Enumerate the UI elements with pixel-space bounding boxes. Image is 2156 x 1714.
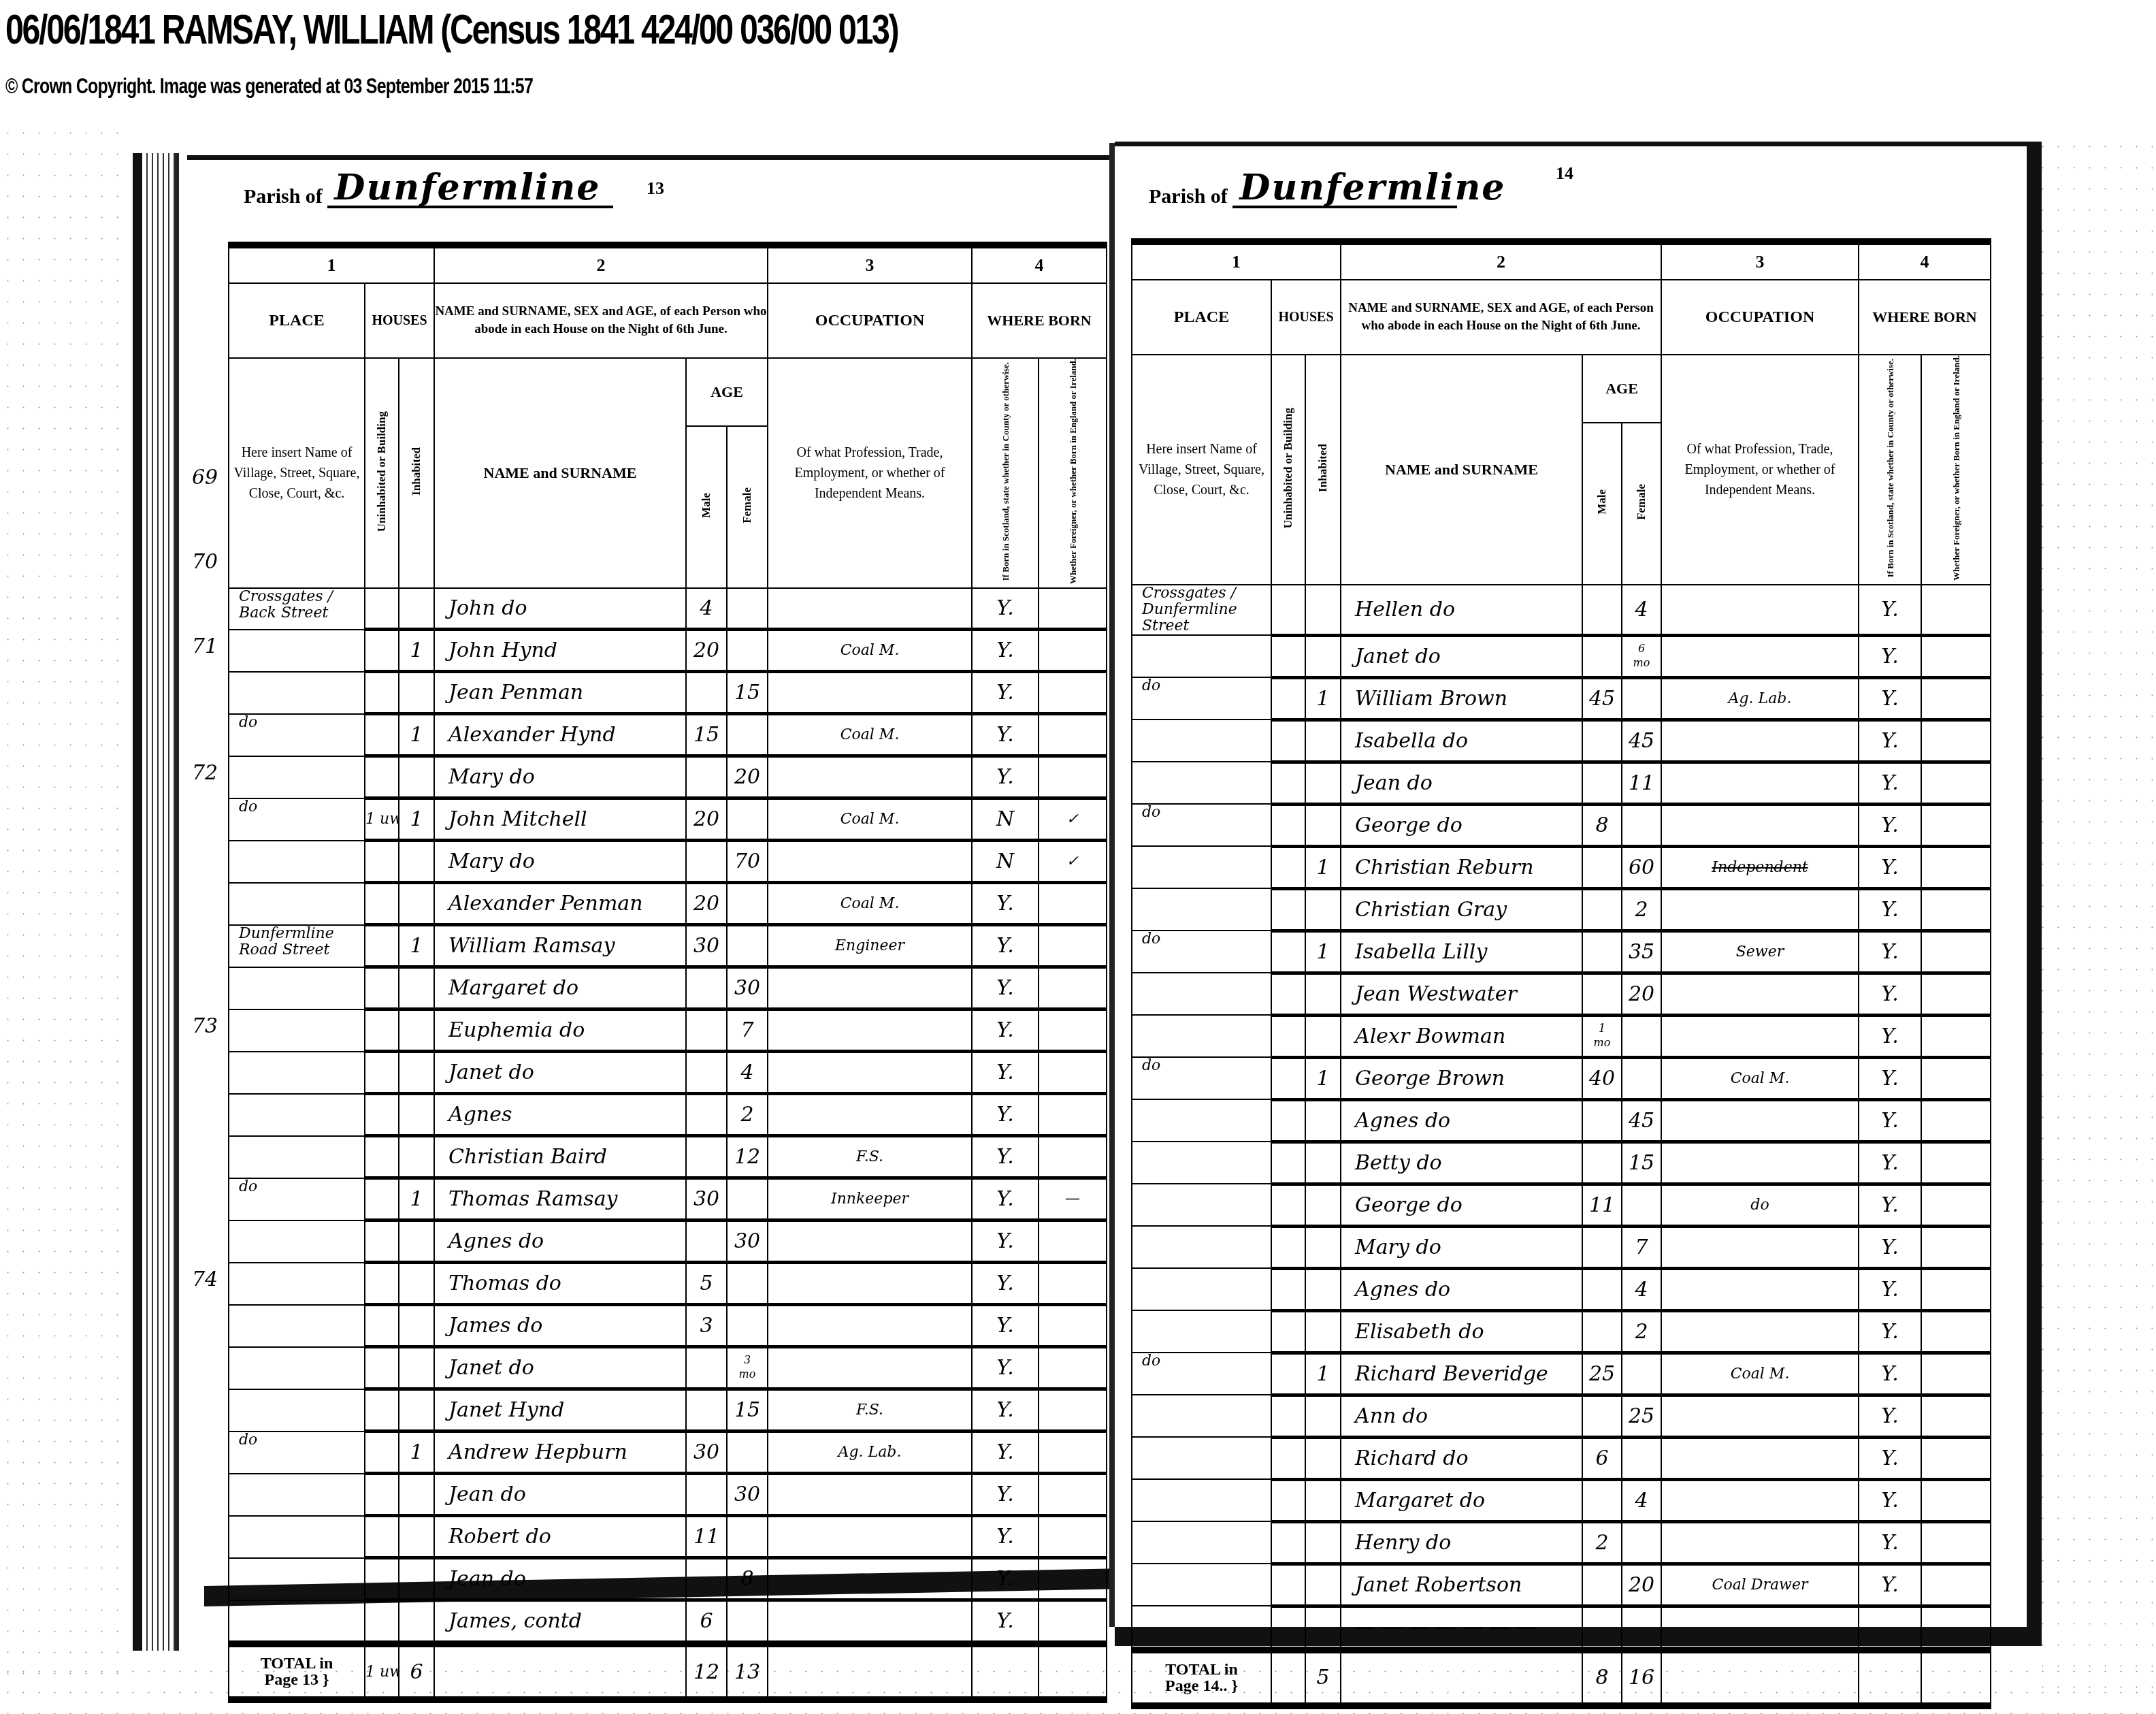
born-scotland-cell: Y. [972, 1009, 1039, 1052]
born-in-county-value: Y. [1881, 1362, 1898, 1386]
born-foreign-cell [1921, 1268, 1991, 1310]
uninhabited-cell [1271, 762, 1305, 804]
born-foreign-cell [1921, 1184, 1991, 1226]
inhabited-value: 1 [410, 723, 423, 747]
age-value: 11 [693, 1525, 719, 1549]
census-row: Jean Westwater 20 Y. [1132, 973, 1991, 1015]
born-scotland-cell: N [972, 841, 1039, 883]
born-in-county-value: Y. [1881, 1489, 1898, 1513]
person-name: Jean do [448, 1483, 526, 1506]
age-value: 4 [1635, 1278, 1648, 1301]
inhabited-label: Inhabited [410, 447, 423, 496]
born-in-county-value: Y. [1881, 940, 1898, 964]
person-name: George do [1355, 813, 1463, 837]
age-value: 45 [1629, 1109, 1654, 1133]
born-scotland-cell [1859, 1606, 1921, 1650]
occupation-cell [768, 672, 972, 714]
occupation-value: do [1750, 1197, 1769, 1214]
age-value: 35 [1629, 940, 1654, 964]
census-row: 1 John Hynd 20 Coal M. Y. [229, 630, 1107, 672]
occupation-cell: Coal M. [768, 714, 972, 756]
total-name-blank [1341, 1650, 1582, 1706]
occupation-heading: OCCUPATION [768, 283, 972, 358]
name-cell: Hellen do [1341, 585, 1582, 635]
schedule-number: 69 [192, 466, 218, 489]
person-name: Christian Gray [1355, 898, 1507, 922]
born-foreign-cell: — [1039, 1178, 1107, 1220]
age-value: 4 [740, 1061, 753, 1084]
name-cell: Jean do [1341, 762, 1582, 804]
born-in-county-value: Y. [1881, 1446, 1898, 1470]
column-number-1: 1 [229, 245, 434, 283]
born-in-county-value: Y. [996, 1229, 1013, 1253]
born-in-county-value: Y. [1881, 813, 1898, 837]
census-row: Jean do 8 Y. [229, 1558, 1107, 1600]
name-cell: Margaret do [434, 967, 686, 1009]
place-cell [1132, 1015, 1271, 1057]
born-scotland-cell: Y. [972, 1558, 1039, 1600]
inhabited-cell [1305, 888, 1341, 931]
inhabited-cell [1305, 585, 1341, 635]
inhabited-value: 1 [410, 807, 423, 831]
born-scotland-cell: Y. [1859, 1268, 1921, 1310]
occupation-cell [1661, 888, 1859, 931]
female-age-cell: 30 [727, 967, 768, 1009]
person-name: John Mitchell [448, 807, 587, 831]
inhabited-value: 1 [410, 1440, 423, 1464]
born-foreign-cell [1921, 635, 1991, 677]
column-number-3: 3 [768, 245, 972, 283]
place-cell [229, 841, 365, 883]
inhabited-cell: 1 [399, 798, 434, 841]
born-scotland-cell: Y. [972, 1136, 1039, 1178]
born-foreign-label: Whether Foreigner, or whether Born in En… [1068, 359, 1078, 584]
female-age-cell: 60 [1622, 846, 1661, 888]
inhabited-value: 1 [1316, 687, 1329, 711]
born-in-county-value: Y. [1881, 1404, 1898, 1428]
born-scotland-cell: Y. [1859, 804, 1921, 846]
female-age-cell: 25 [1622, 1395, 1661, 1437]
schedule-number: 73 [192, 1014, 218, 1038]
born-scotland-cell: Y. [972, 588, 1039, 630]
place-value: do [1142, 931, 1271, 948]
born-in-county-value: Y. [996, 1187, 1013, 1211]
female-age-cell: 15 [1622, 1142, 1661, 1184]
person-name: Andrew Hepburn [448, 1440, 627, 1464]
person-name: Jean do [1355, 771, 1433, 795]
inhabited-cell [1305, 1521, 1341, 1564]
person-name: Robert do [448, 1525, 551, 1549]
uninhabited-cell [365, 1516, 399, 1558]
age-value: 8 [740, 1567, 753, 1591]
schedule-number: 72 [192, 761, 218, 785]
uninhabited-cell [365, 1600, 399, 1645]
born-scotland-cell: Y. [1859, 585, 1921, 635]
name-cell: Mary do [434, 756, 686, 798]
female-age-cell [727, 1600, 768, 1645]
total-female-value: 16 [1629, 1666, 1654, 1689]
uninhabited-cell [1271, 1226, 1305, 1268]
name-cell: John do [434, 588, 686, 630]
age-value: 30 [734, 1229, 760, 1253]
place-value: Dunfermline Road Street [239, 926, 364, 958]
occupation-cell [1661, 719, 1859, 762]
occupation-value: Coal M. [840, 726, 900, 743]
age-months-display: 1mo [1594, 1022, 1611, 1049]
born-in-county-value: Y. [996, 1525, 1013, 1549]
age-value: 45 [1589, 687, 1615, 711]
inhabited-cell [399, 672, 434, 714]
name-cell: John Hynd [434, 630, 686, 672]
uninhabited-cell [365, 672, 399, 714]
age-value: 11 [1629, 771, 1654, 795]
uninhabited-cell [365, 1432, 399, 1474]
born-scotland-cell: Y. [1859, 1184, 1921, 1226]
census-row: Agnes 2 Y. [229, 1094, 1107, 1136]
name-cell: Henry do [1341, 1521, 1582, 1564]
person-name: Henry do [1355, 1531, 1451, 1555]
occupation-instructions: Of what Profession, Trade, Employment, o… [1661, 355, 1859, 585]
occupation-cell: F.S. [768, 1389, 972, 1432]
name-cell: Agnes do [434, 1220, 686, 1263]
female-age-cell [1622, 1353, 1661, 1395]
born-foreign-cell [1039, 1432, 1107, 1474]
census-row: Mary do 70 N ✓ [229, 841, 1107, 883]
born-foreign-cell [1921, 973, 1991, 1015]
total-male-value: 12 [693, 1660, 719, 1684]
female-age-cell: 30 [727, 1220, 768, 1263]
place-heading: PLACE [1132, 280, 1271, 355]
uninhabited-cell [365, 967, 399, 1009]
occupation-cell [1661, 973, 1859, 1015]
uninhabited-cell [1271, 1437, 1305, 1479]
male-age-cell [1582, 1395, 1622, 1437]
inhabited-cell [1305, 1310, 1341, 1353]
left-parish-heading: Parish of Dunfermline [244, 178, 613, 208]
place-cell [229, 672, 365, 714]
born-scotland-cell: Y. [972, 714, 1039, 756]
total-page-label: Page 13 [265, 1671, 318, 1689]
inhabited-heading: Inhabited [399, 358, 434, 588]
occupation-cell: Coal M. [1661, 1057, 1859, 1099]
born-in-county-value: Y. [1881, 1320, 1898, 1344]
male-age-cell [686, 1009, 727, 1052]
male-age-cell: 6 [1582, 1437, 1622, 1479]
name-cell: Alexr Bowman [1341, 1015, 1582, 1057]
inhabited-cell [1305, 1479, 1341, 1521]
place-cell [229, 1474, 365, 1516]
place-cell [229, 630, 365, 672]
person-name: Euphemia do [448, 1018, 585, 1042]
inhabited-cell [399, 1600, 434, 1645]
uninhabited-cell [365, 1263, 399, 1305]
column-number-4: 4 [972, 245, 1107, 283]
inhabited-cell: 1 [1305, 1057, 1341, 1099]
name-cell: Margaret do [1341, 1479, 1582, 1521]
person-name: William Ramsay [448, 934, 615, 958]
born-scotland-cell: Y. [1859, 973, 1921, 1015]
person-name: Janet do [448, 1356, 534, 1380]
inhabited-cell [399, 1558, 434, 1600]
inhabited-value: 1 [1316, 856, 1329, 879]
male-age-cell [1582, 973, 1622, 1015]
male-age-cell [1582, 762, 1622, 804]
inhabited-cell [1305, 973, 1341, 1015]
female-age-cell [727, 798, 768, 841]
name-cell: Betty do [1341, 1142, 1582, 1184]
name-cell: Janet do [434, 1052, 686, 1094]
female-age-cell [1622, 1606, 1661, 1650]
person-name: Agnes do [1355, 1109, 1450, 1133]
census-row: Janet Hynd 15 F.S. Y. [229, 1389, 1107, 1432]
name-surname-heading: NAME and SURNAME [1341, 355, 1582, 585]
born-foreign-label: Whether Foreigner, or whether Born in En… [1951, 355, 1961, 581]
census-row: Robert do 11 Y. [229, 1516, 1107, 1558]
born-scotland-cell: Y. [1859, 1310, 1921, 1353]
inhabited-cell [399, 1305, 434, 1347]
born-in-county-value: Y. [1881, 598, 1898, 621]
total-inhabited-value: 5 [1316, 1666, 1329, 1689]
name-cell: Richard do [1341, 1437, 1582, 1479]
male-age-cell [1582, 1268, 1622, 1310]
inhabited-cell [1305, 1564, 1341, 1606]
born-scotland-cell: Y. [1859, 1057, 1921, 1099]
born-foreign-cell [1039, 714, 1107, 756]
occupation-cell [1661, 1479, 1859, 1521]
born-foreign-heading: Whether Foreigner, or whether Born in En… [1039, 358, 1107, 588]
occupation-cell [1661, 1310, 1859, 1353]
occupation-cell [768, 1052, 972, 1094]
census-row: Janet do 6 months6mo Y. [1132, 635, 1991, 677]
name-cell: Christian Baird [434, 1136, 686, 1178]
age-value: 25 [1589, 1362, 1615, 1386]
occupation-cell [768, 1263, 972, 1305]
inhabited-cell: 1 [399, 1432, 434, 1474]
total-name-blank [434, 1644, 686, 1700]
place-cell [1132, 1521, 1271, 1564]
place-cell [229, 1600, 365, 1645]
total-male: 12 [686, 1644, 727, 1700]
born-foreign-cell [1039, 1516, 1107, 1558]
born-foreign-cell [1921, 677, 1991, 719]
born-foreign-cell [1921, 1521, 1991, 1564]
occupation-cell [1661, 1015, 1859, 1057]
female-age-cell [727, 588, 768, 630]
born-foreign-cell [1921, 1395, 1991, 1437]
born-in-county-value: Y. [996, 1272, 1013, 1295]
born-in-county-value: Y. [1881, 1278, 1898, 1301]
female-age-cell: 8 [727, 1558, 768, 1600]
male-age-cell: 25 [1582, 1353, 1622, 1395]
occupation-cell: Coal M. [768, 883, 972, 925]
place-cell: Crossgates / Dunfermline Street [1132, 585, 1271, 635]
place-cell [229, 1516, 365, 1558]
born-foreign-value: ✓ [1066, 853, 1079, 870]
female-label: Female [1635, 484, 1648, 520]
uninhabited-cell [1271, 1184, 1305, 1226]
name-cell: Isabella do [1341, 719, 1582, 762]
census-row: Margaret do 4 Y. [1132, 1479, 1991, 1521]
person-name: Betty do [1355, 1151, 1442, 1175]
born-in-county-value: Y. [996, 1567, 1013, 1591]
place-cell [1132, 1099, 1271, 1142]
person-name: Alexander Hynd [448, 723, 616, 747]
age-heading: AGE [686, 358, 768, 426]
census-row: Alexr Bowman 1 month1mo Y. [1132, 1015, 1991, 1057]
place-value: do [239, 799, 364, 815]
census-row: Jean do 11 Y. [1132, 762, 1991, 804]
born-foreign-cell [1039, 1558, 1107, 1600]
inhabited-cell: 1 [399, 925, 434, 967]
uninhabited-cell [365, 1474, 399, 1516]
right-parish-heading: Parish of Dunfermline [1149, 178, 1457, 208]
total-male: 8 [1582, 1650, 1622, 1706]
uninhabited-cell [1271, 1142, 1305, 1184]
occupation-cell [1661, 762, 1859, 804]
born-scotland-cell: Y. [972, 1389, 1039, 1432]
place-cell: do [1132, 677, 1271, 719]
scan-noise [2035, 136, 2156, 1702]
occupation-cell: Sewer [1661, 931, 1859, 973]
place-value: do [1142, 805, 1271, 821]
place-cell [229, 1052, 365, 1094]
born-scotland-cell: Y. [1859, 1521, 1921, 1564]
person-name: Janet Hynd [448, 1398, 564, 1422]
name-cell: Mary do [1341, 1226, 1582, 1268]
name-sex-age-heading: NAME and SURNAME, SEX and AGE, of each P… [1341, 280, 1661, 355]
age-value: 15 [1629, 1151, 1654, 1175]
book-page-edges [133, 153, 179, 1651]
uninhabited-cell [365, 1347, 399, 1389]
born-scotland-cell: Y. [972, 672, 1039, 714]
total-inhabited: 6 [399, 1644, 434, 1700]
occupation-cell: Innkeeper [768, 1178, 972, 1220]
uninhabited-cell [1271, 1057, 1305, 1099]
page-number: 13 [647, 178, 664, 199]
born-in-county-value: Y. [1881, 645, 1898, 668]
male-age-cell [1582, 585, 1622, 635]
born-foreign-cell [1921, 1606, 1991, 1650]
census-row: 1 Christian Reburn 60 Independent Y. [1132, 846, 1991, 888]
person-name: Margaret do [448, 976, 578, 1000]
uninhabited-cell [1271, 931, 1305, 973]
female-age-cell [1622, 1184, 1661, 1226]
born-foreign-cell [1921, 888, 1991, 931]
person-name: George Brown [1355, 1067, 1505, 1090]
age-value: 20 [693, 892, 719, 916]
inhabited-cell: 1 [1305, 677, 1341, 719]
born-scotland-cell: Y. [972, 1263, 1039, 1305]
place-cell [229, 1094, 365, 1136]
name-cell: Alexander Penman [434, 883, 686, 925]
uninhabited-cell [1271, 585, 1305, 635]
census-row: Elisabeth do 2 Y. [1132, 1310, 1991, 1353]
person-name: Jean do [448, 1567, 526, 1591]
census-row: do 1 George Brown 40 Coal M. Y. [1132, 1057, 1991, 1099]
born-foreign-cell [1921, 1057, 1991, 1099]
born-foreign-cell [1921, 846, 1991, 888]
age-months-display: 6mo [1633, 642, 1650, 669]
male-age-cell: 30 [686, 1432, 727, 1474]
male-age-cell: 30 [686, 925, 727, 967]
scan-noise [0, 123, 129, 1688]
place-instructions: Here insert Name of Village, Street, Squ… [229, 358, 365, 588]
female-age-cell: 70 [727, 841, 768, 883]
person-name: Isabella do [1355, 729, 1468, 753]
male-age-cell: 30 [686, 1178, 727, 1220]
uninhabited-cell [1271, 1606, 1305, 1650]
female-age-cell: 20 [727, 756, 768, 798]
female-age-cell: 45 [1622, 1099, 1661, 1142]
occupation-cell [1661, 1226, 1859, 1268]
place-cell [229, 1136, 365, 1178]
female-heading: Female [727, 426, 768, 588]
born-in-county-value: Y. [996, 1314, 1013, 1338]
age-value: 40 [1589, 1067, 1615, 1090]
inhabited-cell [399, 1389, 434, 1432]
uninhabited-cell [1271, 804, 1305, 846]
male-label: Male [700, 493, 713, 518]
born-foreign-cell [1039, 672, 1107, 714]
born-foreign-cell [1921, 585, 1991, 635]
female-age-cell [1622, 1521, 1661, 1564]
born-scotland-cell: Y. [972, 630, 1039, 672]
inhabited-label: Inhabited [1316, 444, 1330, 492]
inhabited-cell [1305, 1184, 1341, 1226]
person-name: Janet do [1355, 645, 1441, 668]
name-cell: Euphemia do [434, 1009, 686, 1052]
place-cell: Crossgates / Back Street [229, 588, 365, 630]
male-age-cell [686, 1558, 727, 1600]
occupation-cell [768, 841, 972, 883]
record-title: 06/06/1841 RAMSAY, WILLIAM (Census 1841 … [5, 5, 898, 54]
census-row: Isabella do 45 Y. [1132, 719, 1991, 762]
name-cell: Robert do [434, 1516, 686, 1558]
occupation-value: Coal M. [840, 811, 900, 828]
uninhabited-cell [365, 1558, 399, 1600]
born-in-county-value: Y. [1881, 1531, 1898, 1555]
female-age-cell [1622, 1015, 1661, 1057]
age-value: 20 [1629, 982, 1654, 1006]
census-row: do 1 Isabella Lilly 35 Sewer Y. [1132, 931, 1991, 973]
born-in-county-value: Y. [996, 1483, 1013, 1506]
place-cell [229, 1305, 365, 1347]
census-row: Janet Robertson 20 Coal Drawer Y. [1132, 1564, 1991, 1606]
born-scotland-heading: If Born in Scotland, state whether in Co… [972, 358, 1039, 588]
occupation-value: Sewer [1736, 943, 1784, 960]
census-row: Euphemia do 7 Y. [229, 1009, 1107, 1052]
female-label: Female [740, 487, 754, 523]
total-occupation-blank [1661, 1650, 1859, 1706]
age-value: 8 [1595, 813, 1608, 837]
born-scotland-cell: Y. [1859, 931, 1921, 973]
name-cell: Janet Robertson [1341, 1564, 1582, 1606]
uninhabited-cell [365, 1389, 399, 1432]
born-in-county-value: Y. [996, 1061, 1013, 1084]
person-name: Alexander Penman [448, 892, 643, 916]
uninhabited-cell [365, 1009, 399, 1052]
place-cell [229, 967, 365, 1009]
male-label: Male [1595, 489, 1609, 515]
inhabited-cell: 1 [399, 1178, 434, 1220]
inhabited-cell [399, 1094, 434, 1136]
place-cell [1132, 1184, 1271, 1226]
born-foreign-cell [1039, 588, 1107, 630]
born-foreign-cell: ✓ [1039, 798, 1107, 841]
male-age-cell [1582, 1142, 1622, 1184]
parish-name: Dunfermline [1239, 167, 1505, 208]
person-name: Mary do [448, 850, 535, 873]
